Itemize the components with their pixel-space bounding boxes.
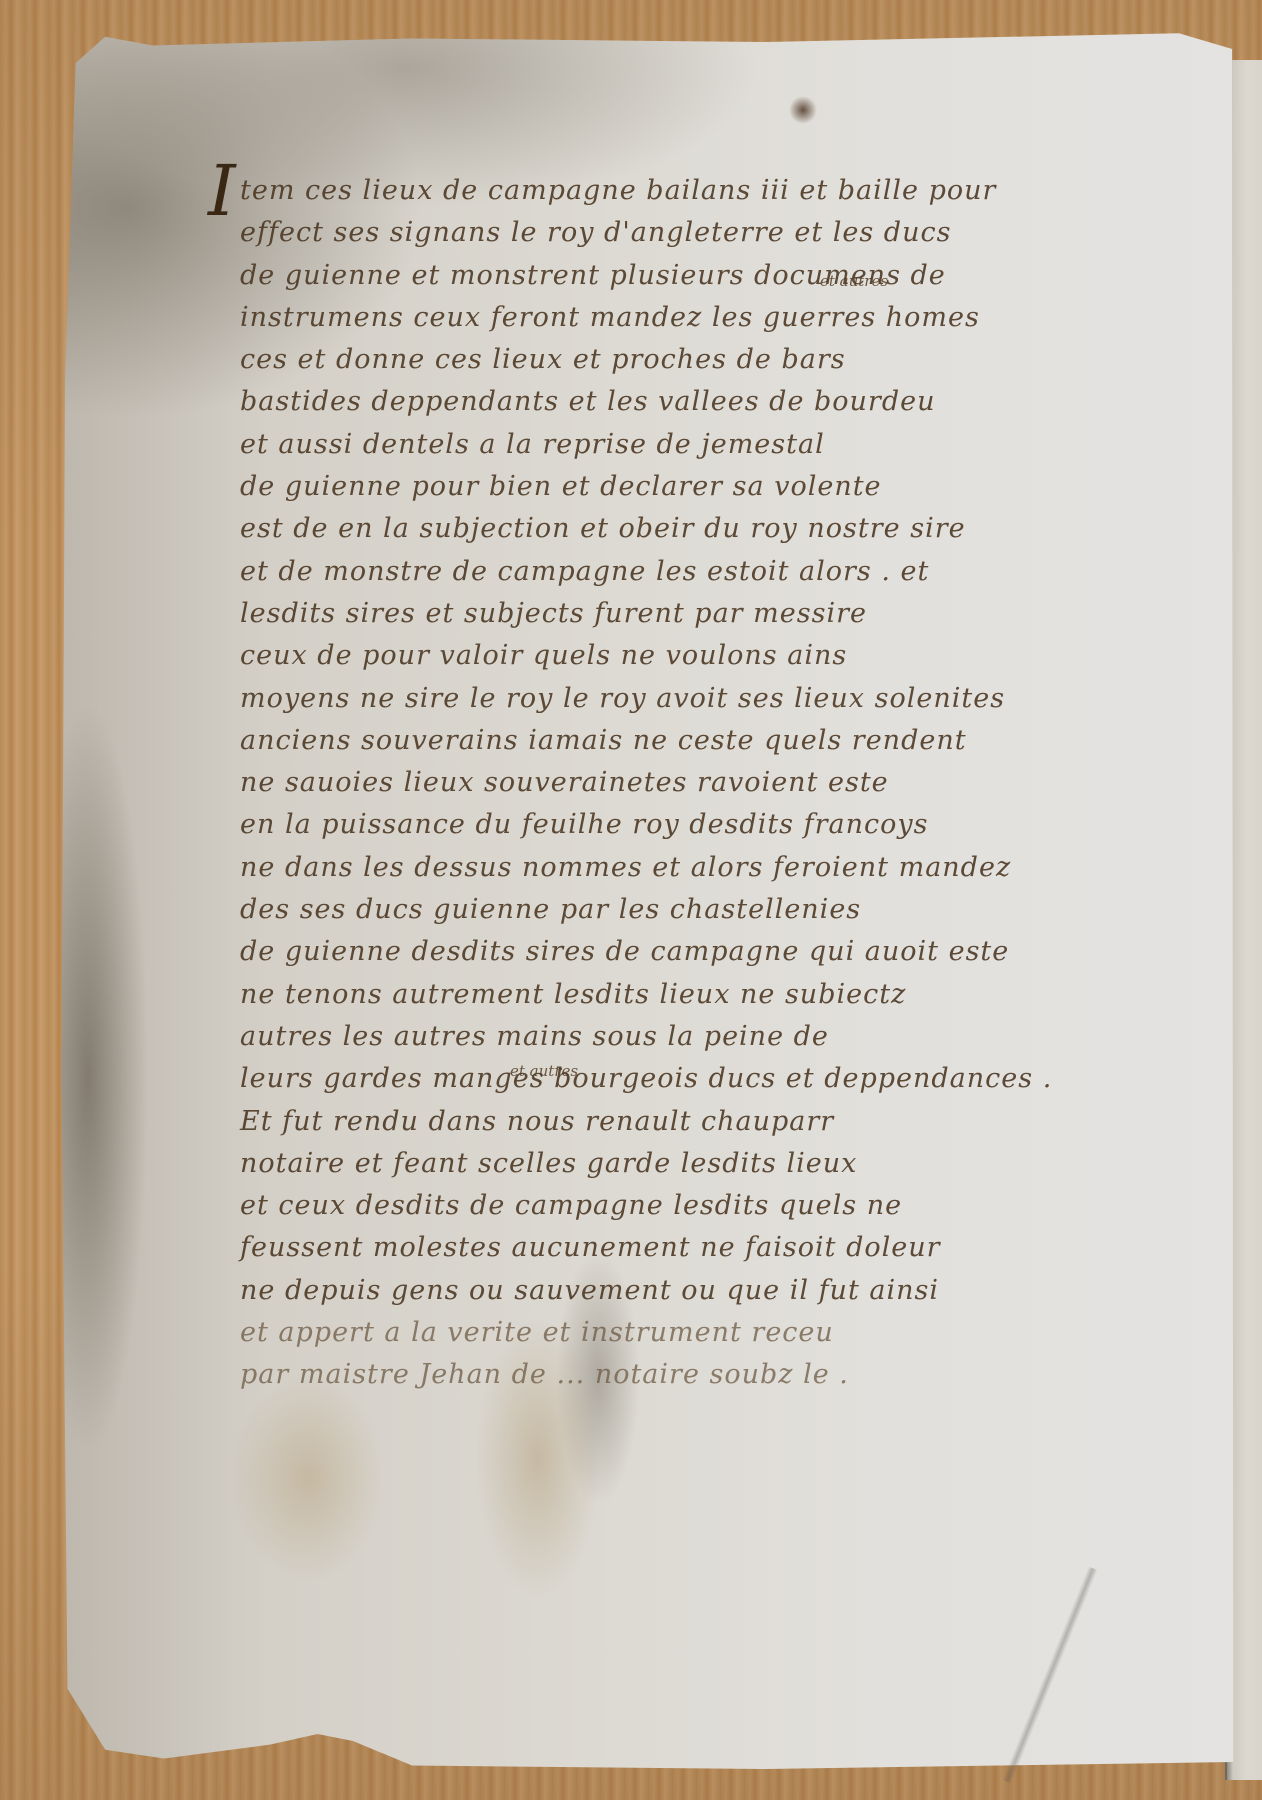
- text-line: ceux de pour valoir quels ne voulons ain…: [240, 635, 1200, 677]
- text-line: de guienne desdits sires de campagne qui…: [240, 931, 1200, 973]
- text-line: et aussi dentels a la reprise de jemesta…: [240, 424, 1200, 466]
- text-line: Et fut rendu dans nous renault chauparr: [240, 1101, 1200, 1143]
- text-line: bastides deppendants et les vallees de b…: [240, 381, 1200, 423]
- text-line: anciens souverains iamais ne ceste quels…: [240, 720, 1200, 762]
- text-line: en la puissance du feuilhe roy desdits f…: [240, 804, 1200, 846]
- text-line: effect ses signans le roy d'angleterre e…: [240, 212, 1200, 254]
- text-line: et ceux desdits de campagne lesdits quel…: [240, 1185, 1200, 1227]
- text-line: de guienne pour bien et declarer sa vole…: [240, 466, 1200, 508]
- text-line: et de monstre de campagne les estoit alo…: [240, 551, 1200, 593]
- text-line: de guienne et monstrent plusieurs docume…: [240, 255, 1200, 297]
- text-line: des ses ducs guienne par les chastelleni…: [240, 889, 1200, 931]
- text-line: autres les autres mains sous la peine de: [240, 1016, 1200, 1058]
- text-line: et appert a la verite et instrument rece…: [240, 1312, 1200, 1354]
- manuscript-text: tem ces lieux de campagne bailans iii et…: [240, 170, 1200, 1397]
- text-line: moyens ne sire le roy le roy avoit ses l…: [240, 678, 1200, 720]
- text-line: par maistre Jehan de ... notaire soubz l…: [240, 1354, 1200, 1396]
- text-line: leurs gardes manges bourgeois ducs et de…: [240, 1058, 1200, 1100]
- text-line: notaire et feant scelles garde lesdits l…: [240, 1143, 1200, 1185]
- text-line: ces et donne ces lieux et proches de bar…: [240, 339, 1200, 381]
- text-line: ne dans les dessus nommes et alors feroi…: [240, 847, 1200, 889]
- text-line: lesdits sires et subjects furent par mes…: [240, 593, 1200, 635]
- text-line: est de en la subjection et obeir du roy …: [240, 508, 1200, 550]
- text-line: ne tenons autrement lesdits lieux ne sub…: [240, 974, 1200, 1016]
- text-line: tem ces lieux de campagne bailans iii et…: [240, 170, 1200, 212]
- text-line: ne sauoies lieux souverainetes ravoient …: [240, 762, 1200, 804]
- text-line: ne depuis gens ou sauvement ou que il fu…: [240, 1270, 1200, 1312]
- initial-letter: I: [208, 150, 236, 232]
- text-line: instrumens ceux feront mandez les guerre…: [240, 297, 1200, 339]
- text-line: feussent molestes aucunement ne faisoit …: [240, 1227, 1200, 1269]
